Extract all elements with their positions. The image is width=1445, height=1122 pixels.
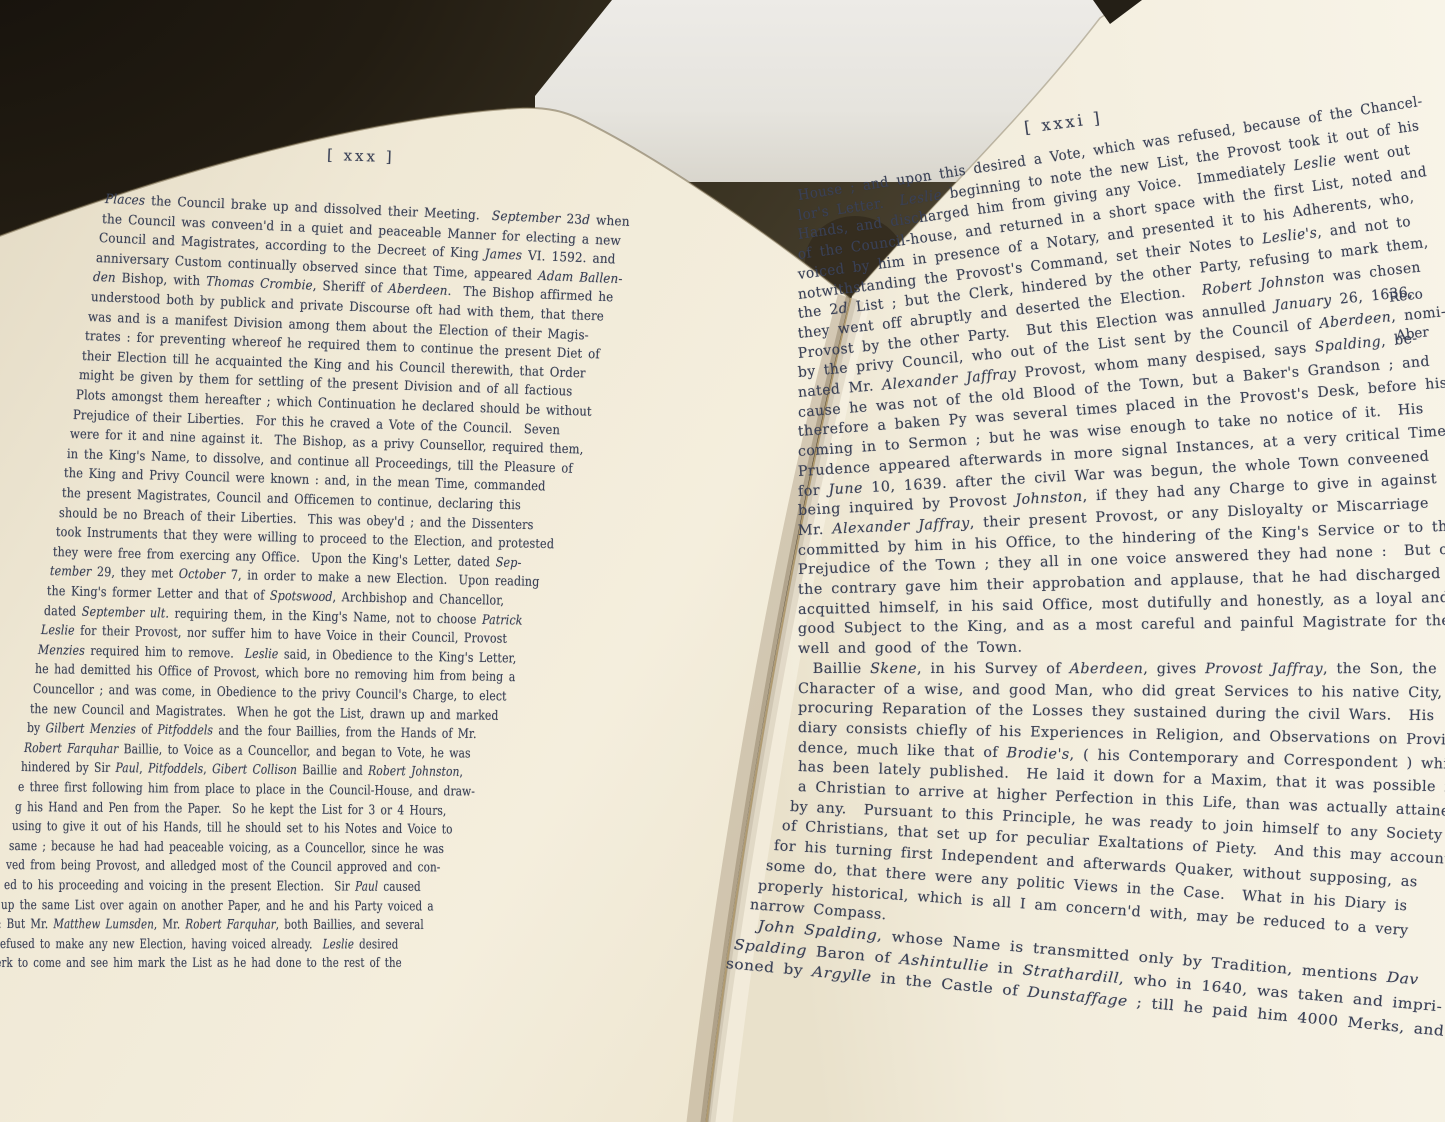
book-photo: [ xxx ] [ xxxi ] Places the Council brak… <box>0 0 1445 1122</box>
text-line: well and good of the Town. <box>798 640 1023 657</box>
text-line: procuring Reparation of the Losses they … <box>798 700 1435 724</box>
text-line: Character of a wise, and good Man, who d… <box>798 681 1445 701</box>
text-line: Baillie Skene, in his Survey of Aberdeen… <box>798 661 1437 677</box>
text-line: good Subject to the King, and as a most … <box>798 613 1445 637</box>
right-page-text: House ; and upon this desired a Vote, wh… <box>0 188 1445 1008</box>
margin-note: Aber <box>1395 324 1429 343</box>
page-number-left: [ xxx ] <box>327 146 395 166</box>
